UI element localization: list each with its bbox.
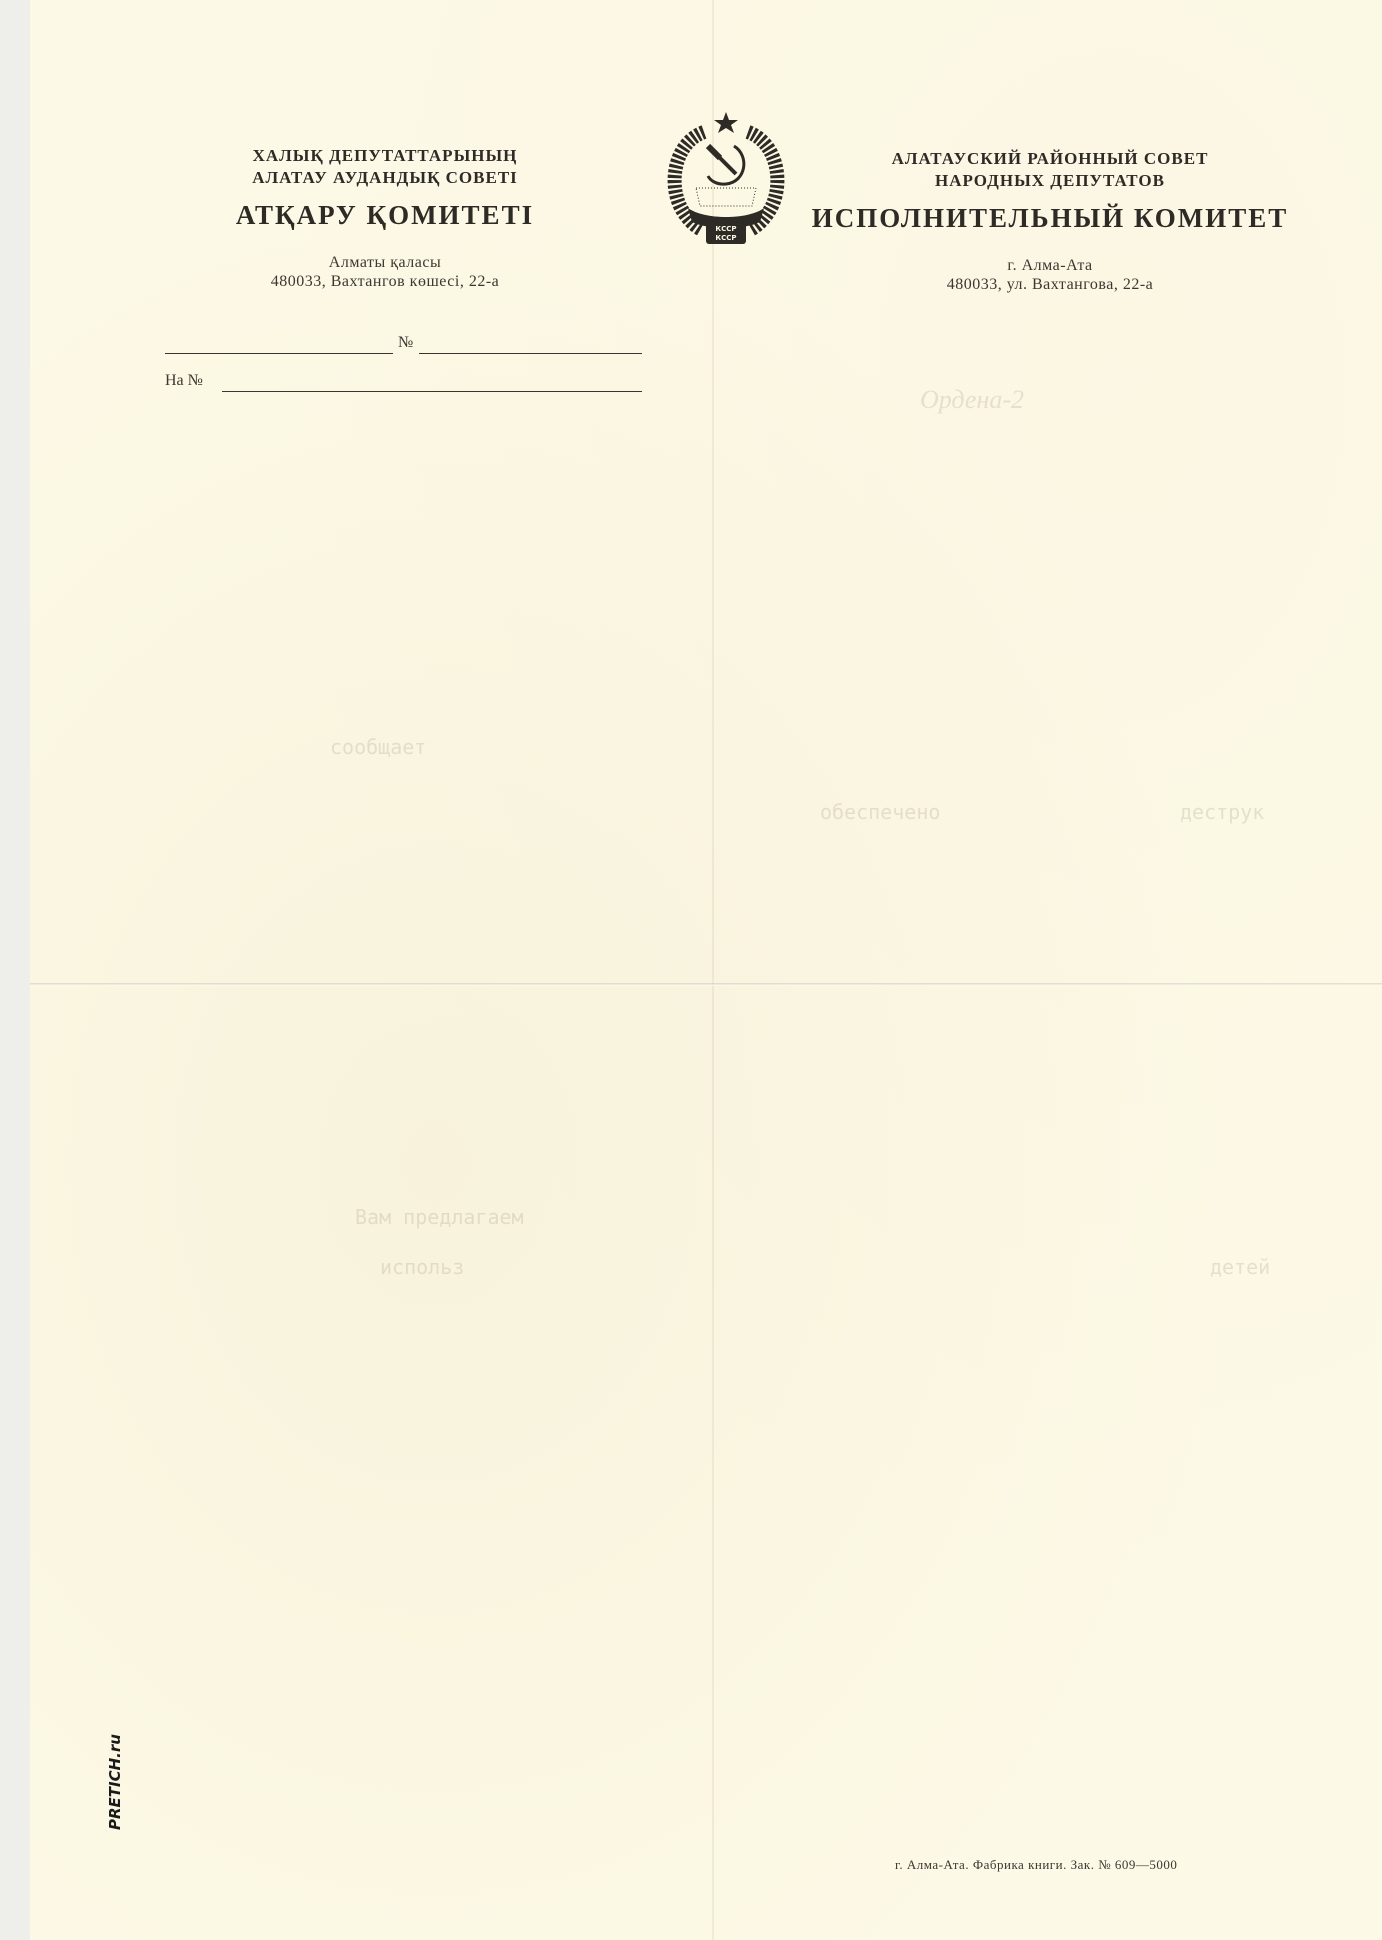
header-left-address: 480033, Вахтангов көшесі, 22-а [160, 272, 610, 291]
faded-text-line: деструк [1180, 800, 1264, 824]
header-left-line1: ХАЛЫҚ ДЕПУТАТТАРЫНЫҢ [160, 145, 610, 167]
faded-handwritten-text: Ордена-2 [920, 385, 1024, 415]
svg-text:КССР: КССР [715, 225, 736, 233]
header-left: ХАЛЫҚ ДЕПУТАТТАРЫНЫҢ АЛАТАУ АУДАНДЫҚ СОВ… [160, 145, 610, 291]
date-field-line[interactable] [165, 353, 393, 354]
header-right-line1: АЛАТАУСКИЙ РАЙОННЫЙ СОВЕТ [810, 148, 1290, 170]
reply-to-label: На № [165, 372, 203, 390]
number-sign-label: № [398, 334, 413, 352]
header-right-city: г. Алма-Ата [810, 256, 1290, 275]
header-right-address: 480033, ул. Вахтангова, 22-а [810, 275, 1290, 294]
header-left-title: АТҚАРУ ҚОМИТЕТІ [160, 199, 610, 231]
header-right: АЛАТАУСКИЙ РАЙОННЫЙ СОВЕТ НАРОДНЫХ ДЕПУТ… [810, 148, 1290, 294]
header-left-line2: АЛАТАУ АУДАНДЫҚ СОВЕТІ [160, 167, 610, 189]
svg-text:КССР: КССР [715, 234, 736, 242]
faded-text-line: детей [1210, 1255, 1270, 1279]
faded-text-line: обеспечено [820, 800, 940, 824]
header-right-title: ИСПОЛНИТЕЛЬНЫЙ КОМИТЕТ [810, 202, 1290, 234]
printer-imprint: г. Алма-Ата. Фабрика книги. Зак. № 609—5… [895, 1857, 1177, 1873]
kazakh-ssr-coat-of-arms-icon: КССР КССР [664, 110, 788, 246]
faded-text-line: использ [380, 1255, 464, 1279]
outgoing-number-field-line[interactable] [419, 353, 642, 354]
header-right-line2: НАРОДНЫХ ДЕПУТАТОВ [810, 170, 1290, 192]
horizontal-fold-crease [30, 983, 1382, 986]
vertical-fold-crease [712, 0, 714, 1940]
faded-text-line: Вам предлагаем [355, 1205, 524, 1229]
header-left-city: Алматы қаласы [160, 253, 610, 272]
site-watermark: PRETICH.ru [106, 1734, 124, 1830]
faded-text-line: сообщает [330, 735, 426, 759]
reply-to-number-field-line[interactable] [222, 391, 642, 392]
